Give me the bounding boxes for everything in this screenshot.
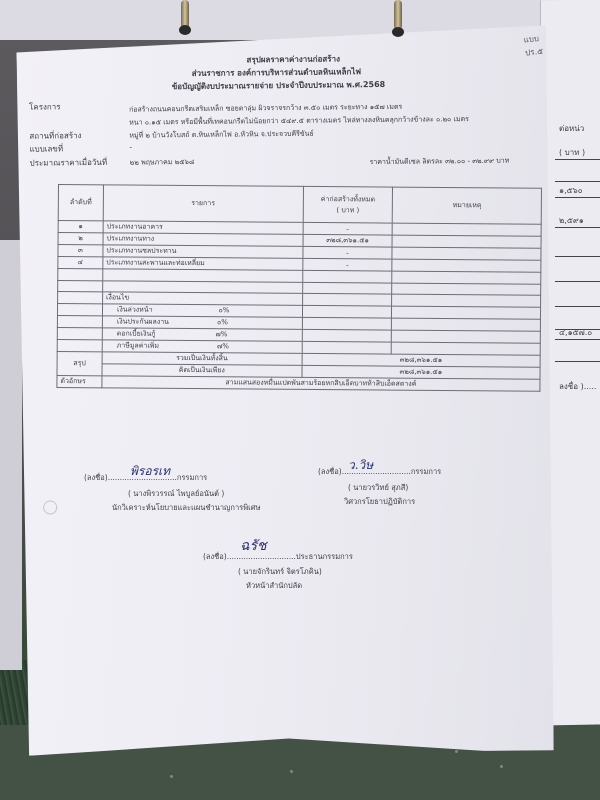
doc-subtitle-budget: ข้อบัญญัติงบประมาณรายจ่าย ประจำปีงบประมา… (172, 78, 386, 93)
project-line-2: หนา ๐.๑๕ เมตร หรือมีพื้นที่เทคอนกรีตไม่น… (129, 114, 469, 129)
signatory-name: ( นางพิรวรรณ์ ไพบูลย์อนันต์ ) (128, 488, 224, 500)
signatory-position: นักวิเคราะห์นโยบายและแผนชำนาญการพิเศษ (112, 502, 260, 514)
form-no-value: - (129, 144, 132, 152)
binder-ring (394, 0, 402, 30)
back-value: ๒,๕๙๑ (555, 214, 600, 228)
back-page-table-fragment: ต่อหน่ว ( บาท ) ๑,๕๖๐ ๒,๕๙๑ ๔,๑๕๗.๐ ลงชื… (555, 110, 600, 530)
doc-title: สรุปผลราคาค่างานก่อสร้าง (246, 52, 340, 66)
location-value: หมู่ที่ ๒ บ้านวังโบสถ์ ต.หินเหล็กไฟ อ.หั… (129, 129, 314, 142)
text-label: ตัวอักษร (57, 376, 102, 388)
back-value: ๑,๕๖๐ (555, 184, 600, 198)
back-header-fragment: ต่อหน่ว (555, 122, 600, 135)
project-line-1: ก่อสร้างถนนคอนกรีตเสริมเหล็ก ซอยตาลุ่ม ผ… (129, 102, 402, 116)
summary-label: สรุป (57, 352, 102, 376)
estimate-date-label: ประมาณราคาเมื่อวันที่ (30, 156, 108, 170)
header-remark: หมายเหตุ (393, 187, 542, 224)
table-header-row: ลำดับที่ รายการ ค่าก่อสร้างทั้งหมด ( บาท… (58, 185, 541, 225)
estimate-date-value: ๒๒ พฤษภาคม ๒๕๖๘ (130, 157, 195, 169)
header-item: รายการ (103, 185, 303, 223)
back-unit-fragment: ( บาท ) (555, 146, 600, 160)
binder-hole (179, 25, 191, 35)
back-value: ๔,๑๕๗.๐ (555, 326, 600, 340)
cost-summary-table: ลำดับที่ รายการ ค่าก่อสร้างทั้งหมด ( บาท… (56, 184, 542, 392)
diesel-price: ราคาน้ำมันดีเซล ลิตรละ ๓๒.๐๐ - ๓๒.๙๙ บาท (370, 156, 510, 168)
location-label: สถานที่ก่อสร้าง (29, 129, 81, 143)
punch-hole (43, 500, 57, 514)
form-code: แบบ ปร.๕ (523, 31, 548, 59)
signatory-name: ( นายจักรินทร์ จิตรโภคิน) (238, 566, 322, 578)
signatory-position: หัวหน้าสำนักปลัด (246, 580, 302, 592)
signatory-name: ( นายวรวิทย์ สุภสี) (348, 482, 408, 494)
header-no: ลำดับที่ (58, 185, 103, 221)
header-cost: ค่าก่อสร้างทั้งหมด ( บาท ) (303, 186, 393, 223)
left-page-edge (0, 240, 22, 670)
project-label: โครงการ (29, 100, 61, 113)
signatory-position: วิศวกรโยธาปฏิบัติการ (344, 496, 415, 508)
binder-hole (392, 27, 404, 37)
back-sign-fragment: ลงชื่อ )..... (555, 380, 600, 393)
form-no-label: แบบเลขที่ (29, 142, 63, 155)
